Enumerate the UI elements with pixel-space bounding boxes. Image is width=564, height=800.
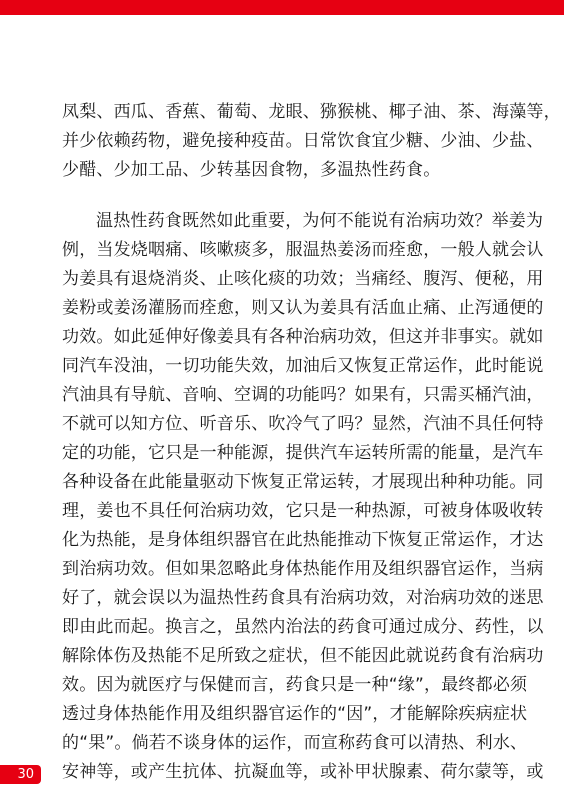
text-line: 少醋、少加工品、少转基因食物，多温热性药食。 [62,156,510,185]
text-line: 透过身体热能作用及组织器官运作的“因”，才能解除疾病症状 [62,700,510,729]
text-line: 温热性药食既然如此重要，为何不能说有治病功效？举姜为 [62,207,510,236]
text-line: 汽油具有导航、音响、空调的功能吗？如果有，只需买桶汽油， [62,381,510,410]
text-line: 解除体伤及热能不足所致之症状，但不能因此就说药食有治病功 [62,642,510,671]
text-line: 姜粉或姜汤灌肠而痊愈，则又认为姜具有活血止痛、止泻通便的 [62,294,510,323]
text-line: 化为热能，是身体组织器官在此热能推动下恢复正常运作，才达 [62,526,510,555]
text-line: 凤梨、西瓜、香蕉、葡萄、龙眼、猕猴桃、椰子油、茶、海藻等， [62,98,510,127]
text-line: 同汽车没油，一切功能失效，加油后又恢复正常运作，此时能说 [62,352,510,381]
document-body: 凤梨、西瓜、香蕉、葡萄、龙眼、猕猴桃、椰子油、茶、海藻等， 并少依赖药物，避免接… [62,98,510,787]
page-number-badge: 30 [0,765,41,784]
text-line: 到治病功效。但如果忽略此身体热能作用及组织器官运作，当病 [62,555,510,584]
text-line: 并少依赖药物，避免接种疫苗。日常饮食宜少糖、少油、少盐、 [62,127,510,156]
text-line: 理，姜也不具任何治病功效，它只是一种热源，可被身体吸收转 [62,497,510,526]
text-line: 各种设备在此能量驱动下恢复正常运转，才展现出种种功能。同 [62,468,510,497]
text-line: 好了，就会误以为温热性药食具有治病功效，对治病功效的迷思 [62,584,510,613]
paragraph-1: 凤梨、西瓜、香蕉、葡萄、龙眼、猕猴桃、椰子油、茶、海藻等， 并少依赖药物，避免接… [62,98,510,185]
page-number: 30 [17,765,41,784]
text-line: 例，当发烧咽痛、咳嗽痰多，服温热姜汤而痊愈，一般人就会认 [62,236,510,265]
text-line: 为姜具有退烧消炎、止咳化痰的功效；当痛经、腹泻、便秘，用 [62,265,510,294]
text-line: 功效。如此延伸好像姜具有各种治病功效，但这并非事实。就如 [62,323,510,352]
text-line: 安神等，或产生抗体、抗凝血等，或补甲状腺素、荷尔蒙等，或 [62,758,510,787]
text-line: 不就可以知方位、听音乐、吹冷气了吗？显然，汽油不具任何特 [62,410,510,439]
text-line: 即由此而起。换言之，虽然内治法的药食可通过成分、药性，以 [62,613,510,642]
text-line: 的“果”。倘若不谈身体的运作，而宣称药食可以清热、利水、 [62,729,510,758]
paragraph-2: 温热性药食既然如此重要，为何不能说有治病功效？举姜为 例，当发烧咽痛、咳嗽痰多，… [62,207,510,787]
header-accent-bar [0,0,564,15]
text-line: 定的功能，它只是一种能源，提供汽车运转所需的能量，是汽车 [62,439,510,468]
text-line: 效。因为就医疗与保健而言，药食只是一种“缘”，最终都必须 [62,671,510,700]
